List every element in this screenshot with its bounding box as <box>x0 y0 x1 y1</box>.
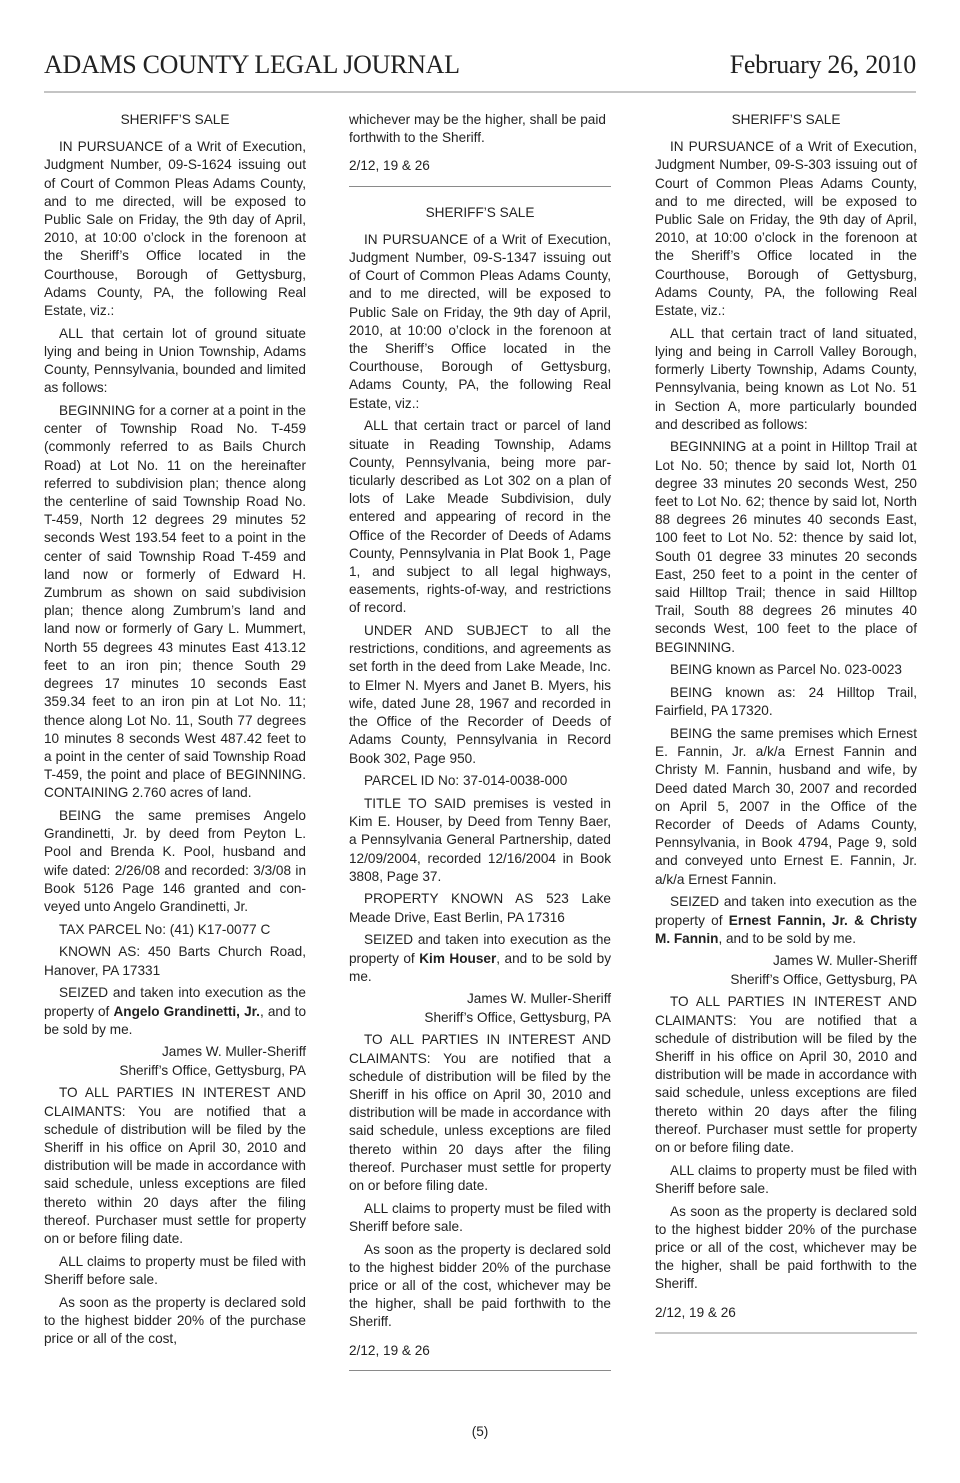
property-paragraph: ALL that certain tract of land situated,… <box>655 325 917 434</box>
journal-title: ADAMS COUNTY LEGAL JOURNAL <box>44 50 460 80</box>
sheriff-sale-notice-fannin: SHERIFF’S SALE IN PURSUANCE of a Writ of… <box>655 111 917 1334</box>
property-paragraph: ALL that certain lot of ground situate l… <box>44 325 306 398</box>
restrictions-paragraph: UNDER AND SUBJECT to all the restriction… <box>349 622 611 768</box>
column-2: whichever may be the higher, shall be pa… <box>349 111 611 1388</box>
notice-title: SHERIFF’S SALE <box>655 111 917 129</box>
payment-notice-continued: whichever may be the higher, shall be pa… <box>349 111 611 147</box>
sheriff-sale-notice-grandinetti: SHERIFF’S SALE IN PURSUANCE of a Writ of… <box>44 111 306 1348</box>
claims-notice: ALL claims to property must be filed wit… <box>655 1162 917 1198</box>
property-paragraph: ALL that certain tract or parcel of land… <box>349 417 611 617</box>
seized-paragraph: SEIZED and taken into execution as the p… <box>44 984 306 1039</box>
defendant-name: Angelo Grandinetti, Jr. <box>113 1004 259 1019</box>
deed-paragraph: BEING the same premises which Ernest E. … <box>655 725 917 889</box>
issue-date: February 26, 2010 <box>730 50 916 80</box>
signature-office: Sheriff’s Office, Gettysburg, PA <box>655 971 917 989</box>
known-as: BEING known as: 24 Hilltop Trail, Fairfi… <box>655 684 917 720</box>
payment-notice: As soon as the property is declared sold… <box>44 1294 306 1349</box>
boundary-paragraph: BEGINNING for a corner at a point in the… <box>44 402 306 802</box>
seized-paragraph: SEIZED and taken into execution as the p… <box>655 893 917 948</box>
notice-divider <box>349 1370 611 1371</box>
payment-notice: As soon as the property is declared sold… <box>349 1241 611 1332</box>
column-1: SHERIFF’S SALE IN PURSUANCE of a Writ of… <box>44 111 306 1353</box>
deed-paragraph: BEING the same premises Angelo Grandinet… <box>44 807 306 916</box>
claims-notice: ALL claims to property must be filed wit… <box>349 1200 611 1236</box>
known-as: PROPERTY KNOWN AS 523 Lake Meade Drive, … <box>349 890 611 926</box>
signature-name: James W. Muller-Sheriff <box>655 952 917 970</box>
column-3: SHERIFF’S SALE IN PURSUANCE of a Writ of… <box>655 111 917 1351</box>
signature-name: James W. Muller-Sheriff <box>349 990 611 1008</box>
notice-divider <box>349 186 611 187</box>
payment-notice: As soon as the property is declared sold… <box>655 1203 917 1294</box>
signature-office: Sheriff’s Office, Gettysburg, PA <box>349 1009 611 1027</box>
publication-dates: 2/12, 19 & 26 <box>349 157 611 175</box>
sheriff-sale-notice-houser: SHERIFF’S SALE IN PURSUANCE of a Writ of… <box>349 204 611 1371</box>
notice-divider <box>655 1332 917 1334</box>
parcel-number: BEING known as Parcel No. 023-0023 <box>655 661 917 679</box>
page-number: (5) <box>0 1424 960 1439</box>
publication-dates: 2/12, 19 & 26 <box>655 1304 917 1322</box>
tax-parcel: TAX PARCEL No: (41) K17-0077 C <box>44 921 306 939</box>
boundary-paragraph: BEGINNING at a point in Hilltop Trail at… <box>655 438 917 656</box>
signature-office: Sheriff’s Office, Gettysburg, PA <box>44 1062 306 1080</box>
title-paragraph: TITLE TO SAID premises is vested in Kim … <box>349 795 611 886</box>
notice-title: SHERIFF’S SALE <box>44 111 306 129</box>
header-divider <box>44 91 916 93</box>
writ-paragraph: IN PURSUANCE of a Writ of Execution, Jud… <box>655 138 917 320</box>
parcel-id: PARCEL ID No: 37-014-0038-000 <box>349 772 611 790</box>
known-as: KNOWN AS: 450 Barts Church Road, Hanover… <box>44 943 306 979</box>
notice-title: SHERIFF’S SALE <box>349 204 611 222</box>
defendant-name: Kim Houser <box>419 951 496 966</box>
publication-dates: 2/12, 19 & 26 <box>349 1342 611 1360</box>
claimants-notice: TO ALL PARTIES IN INTEREST AND CLAIMANTS… <box>44 1084 306 1248</box>
claimants-notice: TO ALL PARTIES IN INTEREST AND CLAIMANTS… <box>349 1031 611 1195</box>
page-header: ADAMS COUNTY LEGAL JOURNAL February 26, … <box>44 50 916 80</box>
writ-paragraph: IN PURSUANCE of a Writ of Execution, Jud… <box>44 138 306 320</box>
claims-notice: ALL claims to property must be filed wit… <box>44 1253 306 1289</box>
signature-name: James W. Muller-Sheriff <box>44 1043 306 1061</box>
writ-paragraph: IN PURSUANCE of a Writ of Execution, Jud… <box>349 231 611 413</box>
claimants-notice: TO ALL PARTIES IN INTEREST AND CLAIMANTS… <box>655 993 917 1157</box>
seized-paragraph: SEIZED and taken into execution as the p… <box>349 931 611 986</box>
